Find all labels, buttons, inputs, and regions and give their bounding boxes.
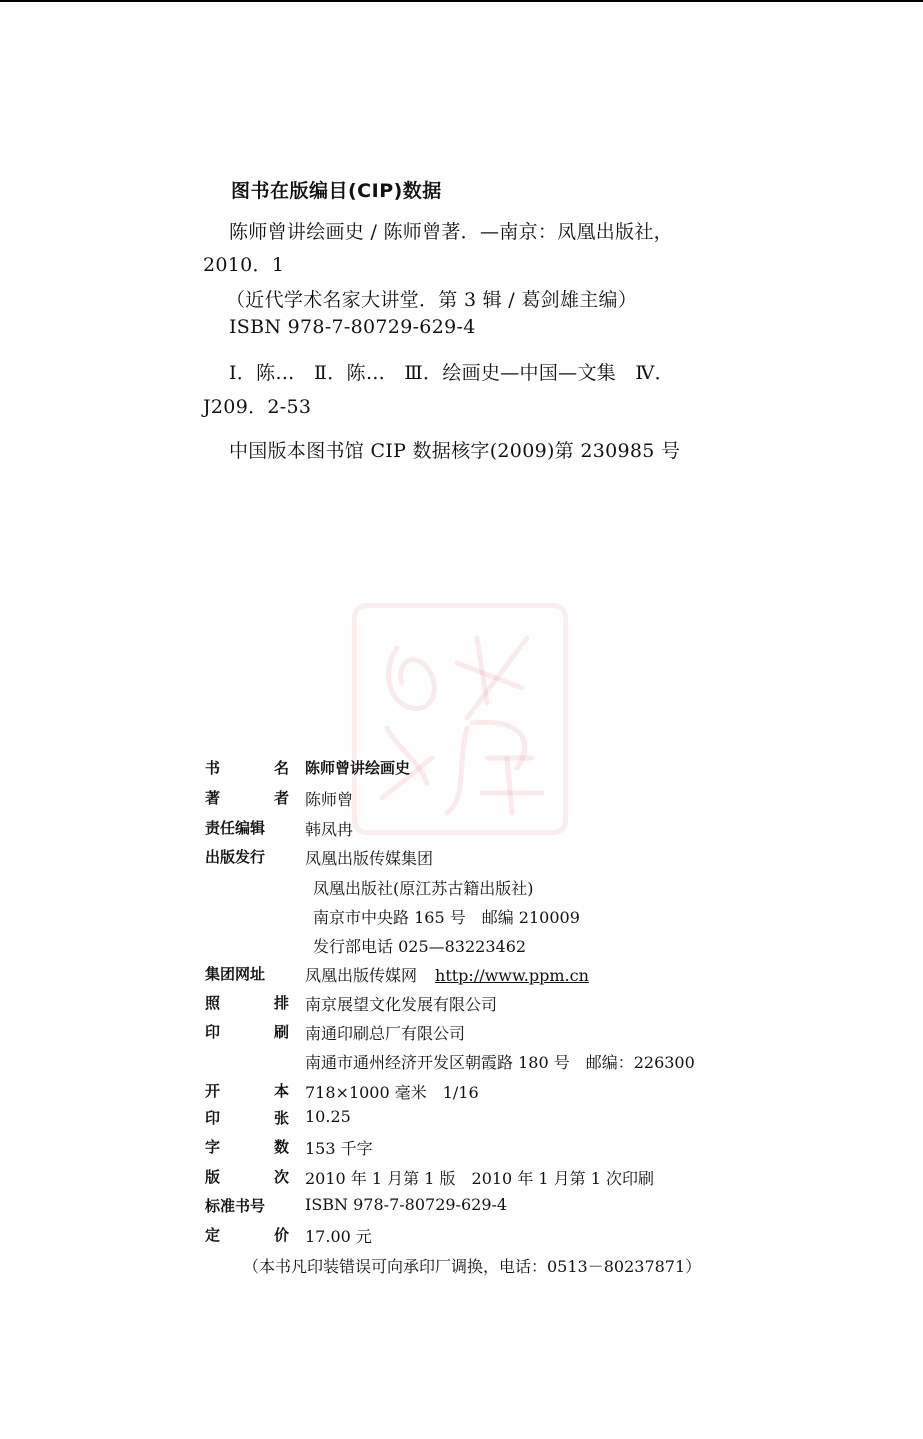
row-value: 凤凰出版社(原江苏古籍出版社): [313, 876, 534, 899]
row-value: ISBN 978-7-80729-629-4: [305, 1195, 507, 1214]
website-name: 凤凰出版传媒网: [305, 966, 417, 985]
replacement-note: （本书凡印装错误可向承印厂调换，电话：0513－80237871）: [243, 1254, 701, 1277]
row-label: 开本: [205, 1080, 289, 1101]
row-value: 2010 年 1 月第 1 版 2010 年 1 月第 1 次印刷: [305, 1166, 654, 1189]
row-label: 版次: [205, 1166, 289, 1187]
row-value: 南通印刷总厂有限公司: [305, 1021, 465, 1044]
row-label: 责任编辑: [205, 817, 289, 838]
cip-line-title-author: 陈师曾讲绘画史 / 陈师曾著．—南京：凤凰出版社，: [229, 217, 673, 244]
top-border-rule: [0, 0, 923, 2]
row-value: 153 千字: [305, 1136, 373, 1159]
row-label: 字数: [205, 1136, 289, 1157]
cip-title: 图书在版编目(CIP)数据: [231, 176, 442, 203]
row-value: 陈师曾: [305, 787, 353, 810]
cip-line-classification: J209．2-53: [203, 392, 311, 419]
website-link[interactable]: http://www.ppm.cn: [435, 966, 589, 985]
row-value: 陈师曾讲绘画史: [305, 757, 410, 778]
row-label: 出版发行: [205, 846, 289, 867]
row-value: 南通市通州经济开发区朝霞路 180 号 邮编：226300: [305, 1050, 695, 1073]
row-label: 定价: [205, 1224, 289, 1245]
cip-line-approval-number: 中国版本图书馆 CIP 数据核字(2009)第 230985 号: [229, 436, 680, 463]
row-label: 著者: [205, 787, 289, 808]
row-label: 照排: [205, 992, 289, 1013]
row-value: 凤凰出版传媒集团: [305, 846, 433, 869]
cip-line-isbn: ISBN 978-7-80729-629-4: [229, 316, 476, 338]
row-label: 印刷: [205, 1021, 289, 1042]
cip-line-series: （近代学术名家大讲堂．第 3 辑 / 葛剑雄主编）: [226, 285, 637, 312]
cip-line-subjects: Ⅰ．陈… Ⅱ．陈… Ⅲ．绘画史—中国—文集 Ⅳ．: [229, 358, 674, 385]
row-label: 集团网址: [205, 963, 289, 984]
cip-line-date: 2010．1: [203, 250, 284, 277]
row-value: 718×1000 毫米 1/16: [305, 1080, 479, 1103]
row-label: 书名: [205, 757, 289, 778]
row-label: 标准书号: [205, 1195, 289, 1216]
row-value: 10.25: [305, 1107, 351, 1126]
row-value: 发行部电话 025—83223462: [313, 934, 526, 957]
row-value: 凤凰出版传媒网http://www.ppm.cn: [305, 963, 589, 986]
watermark-seal-icon: [352, 603, 568, 835]
row-value: 17.00 元: [305, 1224, 372, 1247]
row-value: 南京展望文化发展有限公司: [305, 992, 497, 1015]
row-value: 韩凤冉: [305, 817, 353, 840]
row-value: 南京市中央路 165 号 邮编 210009: [313, 905, 580, 928]
row-label: 印张: [205, 1107, 289, 1128]
